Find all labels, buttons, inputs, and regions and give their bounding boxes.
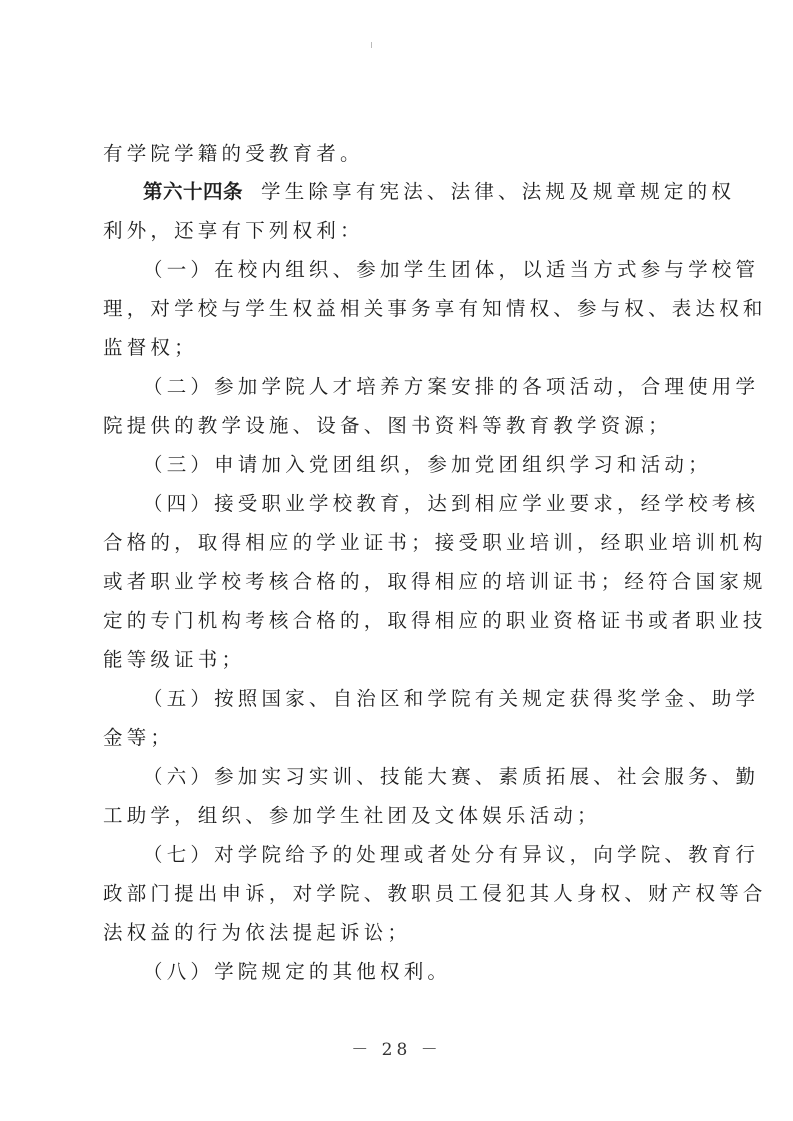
list-item-5: （五）按照国家、自治区和学院有关规定获得奖学金、助学 (143, 688, 759, 710)
text-line: 定的专门机构考核合格的，取得相应的职业资格证书或者职业技 (103, 610, 767, 632)
article-heading: 第六十四条 (143, 180, 243, 203)
text-line: 或者职业学校考核合格的，取得相应的培训证书；经符合国家规 (103, 571, 767, 593)
list-item-3: （三）申请加入党团组织，参加党团组织学习和活动； (143, 454, 712, 476)
document-page: 有学院学籍的受教育者。 第六十四条学生除享有宪法、法律、法规及规章规定的权 利外… (0, 0, 793, 1121)
list-item-6: （六）参加实习实训、技能大赛、素质拓展、社会服务、勤 (143, 766, 759, 788)
text-line: 金等； (103, 727, 174, 749)
text-line: 法权益的行为依法提起诉讼； (103, 922, 411, 944)
list-item-8: （八）学院规定的其他权利。 (143, 961, 451, 983)
article-text: 学生除享有宪法、法律、法规及规章规定的权 (261, 180, 735, 203)
text-line: 利外，还享有下列权利： (103, 220, 364, 242)
scan-speck (371, 42, 372, 48)
list-item-1: （一）在校内组织、参加学生团体，以适当方式参与学校管 (143, 259, 759, 281)
text-line: 合格的，取得相应的学业证书；接受职业培训，经职业培训机构 (103, 532, 767, 554)
text-line: 政部门提出申诉，对学院、教职员工侵犯其人身权、财产权等合 (103, 883, 767, 905)
text-line: 理，对学校与学生权益相关事务享有知情权、参与权、表达权和 (103, 298, 767, 320)
text-line: 能等级证书； (103, 649, 245, 671)
text-line: 有学院学籍的受教育者。 (103, 143, 364, 165)
text-line: 工助学，组织、参加学生社团及文体娱乐活动； (103, 805, 601, 827)
list-item-4: （四）接受职业学校教育，达到相应学业要求，经学校考核 (143, 493, 759, 515)
list-item-7: （七）对学院给予的处理或者处分有异议，向学院、教育行 (143, 844, 759, 866)
article-64-line: 第六十四条学生除享有宪法、法律、法规及规章规定的权 (143, 181, 735, 203)
page-number: － 28 － (0, 1035, 793, 1060)
text-line: 监督权； (103, 337, 198, 359)
list-item-2: （二）参加学院人才培养方案安排的各项活动，合理使用学 (143, 376, 759, 398)
text-line: 院提供的教学设施、设备、图书资料等教育教学资源； (103, 415, 672, 437)
